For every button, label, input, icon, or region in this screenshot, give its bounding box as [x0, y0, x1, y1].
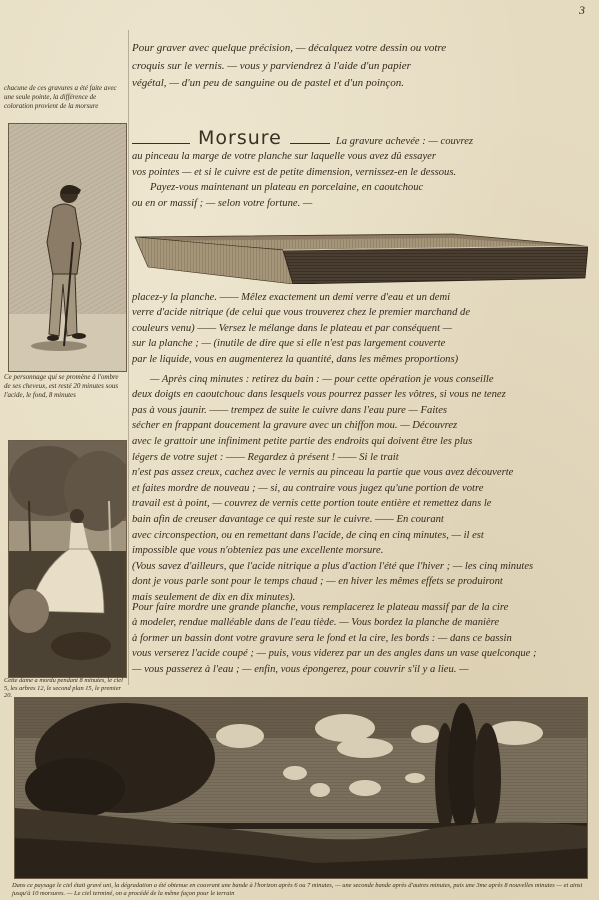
text-line: sécher en frappant doucement la gravure …: [132, 418, 592, 433]
text-line: couleurs venu) —— Versez le mélange dans…: [132, 321, 592, 336]
heading-rule: [290, 143, 330, 144]
text-line: verre d'acide nitrique (de celui que vou…: [132, 305, 592, 320]
text-line: — vous passerez à l'eau ; — enfin, vous …: [132, 662, 592, 677]
text-line: placez-y la planche. —— Mêlez exactement…: [132, 290, 592, 305]
page-number: 3: [579, 3, 585, 18]
text-line: au pinceau la marge de votre planche sur…: [132, 149, 592, 164]
text-line: sur la planche ; — (inutile de dire que …: [132, 336, 592, 351]
text-line: (Vous savez d'ailleurs, que l'acide nitr…: [132, 559, 592, 574]
morsure-section: Morsure La gravure achevée : — couvrez a…: [132, 131, 592, 211]
text-line: légers de votre sujet : —— Regardez à pr…: [132, 450, 592, 465]
paragraph: Pour faire mordre une grande planche, vo…: [132, 600, 592, 677]
text-line: ou en or massif ; — selon votre fortune.…: [132, 196, 592, 211]
paragraph: avec circonspection, ou en remettant dan…: [132, 528, 592, 605]
landscape-etching: [14, 697, 588, 879]
text-line: vous verserez l'acide coupé ; — puis, vo…: [132, 646, 592, 661]
text-line: travail est à point, — couvrez de vernis…: [132, 496, 592, 511]
text-line: à former un bassin dont votre gravure se…: [132, 631, 592, 646]
text-line: avec le grattoir une infiniment petite p…: [132, 434, 592, 449]
paragraph: légers de votre sujet : —— Regardez à pr…: [132, 450, 592, 527]
plate-caption: Ce personnage qui se promène à l'ombre d…: [4, 373, 126, 400]
paragraph: placez-y la planche. —— Mêlez exactement…: [132, 290, 592, 367]
plate-caption: Dans ce paysage le ciel était gravé uni,…: [12, 882, 597, 898]
text-line: Payez-vous maintenant un plateau en porc…: [132, 180, 592, 195]
section-heading-row: Morsure La gravure achevée : — couvrez: [132, 131, 592, 149]
text-line: dont je vous parle sont pour le temps ch…: [132, 574, 592, 589]
text-line: La gravure achevée : — couvrez: [336, 134, 473, 149]
text-line: Pour faire mordre une grande planche, vo…: [132, 600, 592, 615]
paragraph: — Après cinq minutes : retirez du bain :…: [132, 372, 592, 449]
text-line: par le liquide, vous en augmenterez la q…: [132, 352, 592, 367]
lady-in-white-etching: [8, 440, 127, 678]
text-line: impossible que vous n'obteniez pas une e…: [132, 543, 592, 558]
etching-tray-illustration: [133, 232, 588, 284]
text-line: avec circonspection, ou en remettant dan…: [132, 528, 592, 543]
text-line: bain afin de creuser davantage ce qui re…: [132, 512, 592, 527]
text-line: à modeler, rendue malléable dans de l'ea…: [132, 615, 592, 630]
plate-caption: chacune de ces gravures a été faite avec…: [4, 84, 126, 111]
column-divider: [128, 30, 129, 685]
text-line: pas à vous jaunir. —— trempez de suite l…: [132, 403, 592, 418]
text-line: deux doigts en caoutchouc dans lesquels …: [132, 387, 592, 402]
text-line: croquis sur le vernis. — vous y parviend…: [132, 58, 592, 76]
manuscript-page: 3 Pour graver avec quelque précision, — …: [0, 0, 599, 900]
heading-rule: [132, 143, 190, 144]
old-man-etching: [8, 123, 127, 372]
text-line: vos pointes — et si le cuivre est de pet…: [132, 165, 592, 180]
text-line: n'est pas assez creux, cachez avec le ve…: [132, 465, 592, 480]
text-line: — Après cinq minutes : retirez du bain :…: [132, 372, 592, 387]
text-line: Pour graver avec quelque précision, — dé…: [132, 40, 592, 58]
section-title: Morsure: [198, 131, 282, 146]
text-line: et faites mordre de nouveau ; — si, au c…: [132, 481, 592, 496]
text-line: végétal, — d'un peu de sanguine ou de pa…: [132, 75, 592, 93]
intro-paragraph: Pour graver avec quelque précision, — dé…: [132, 40, 592, 93]
